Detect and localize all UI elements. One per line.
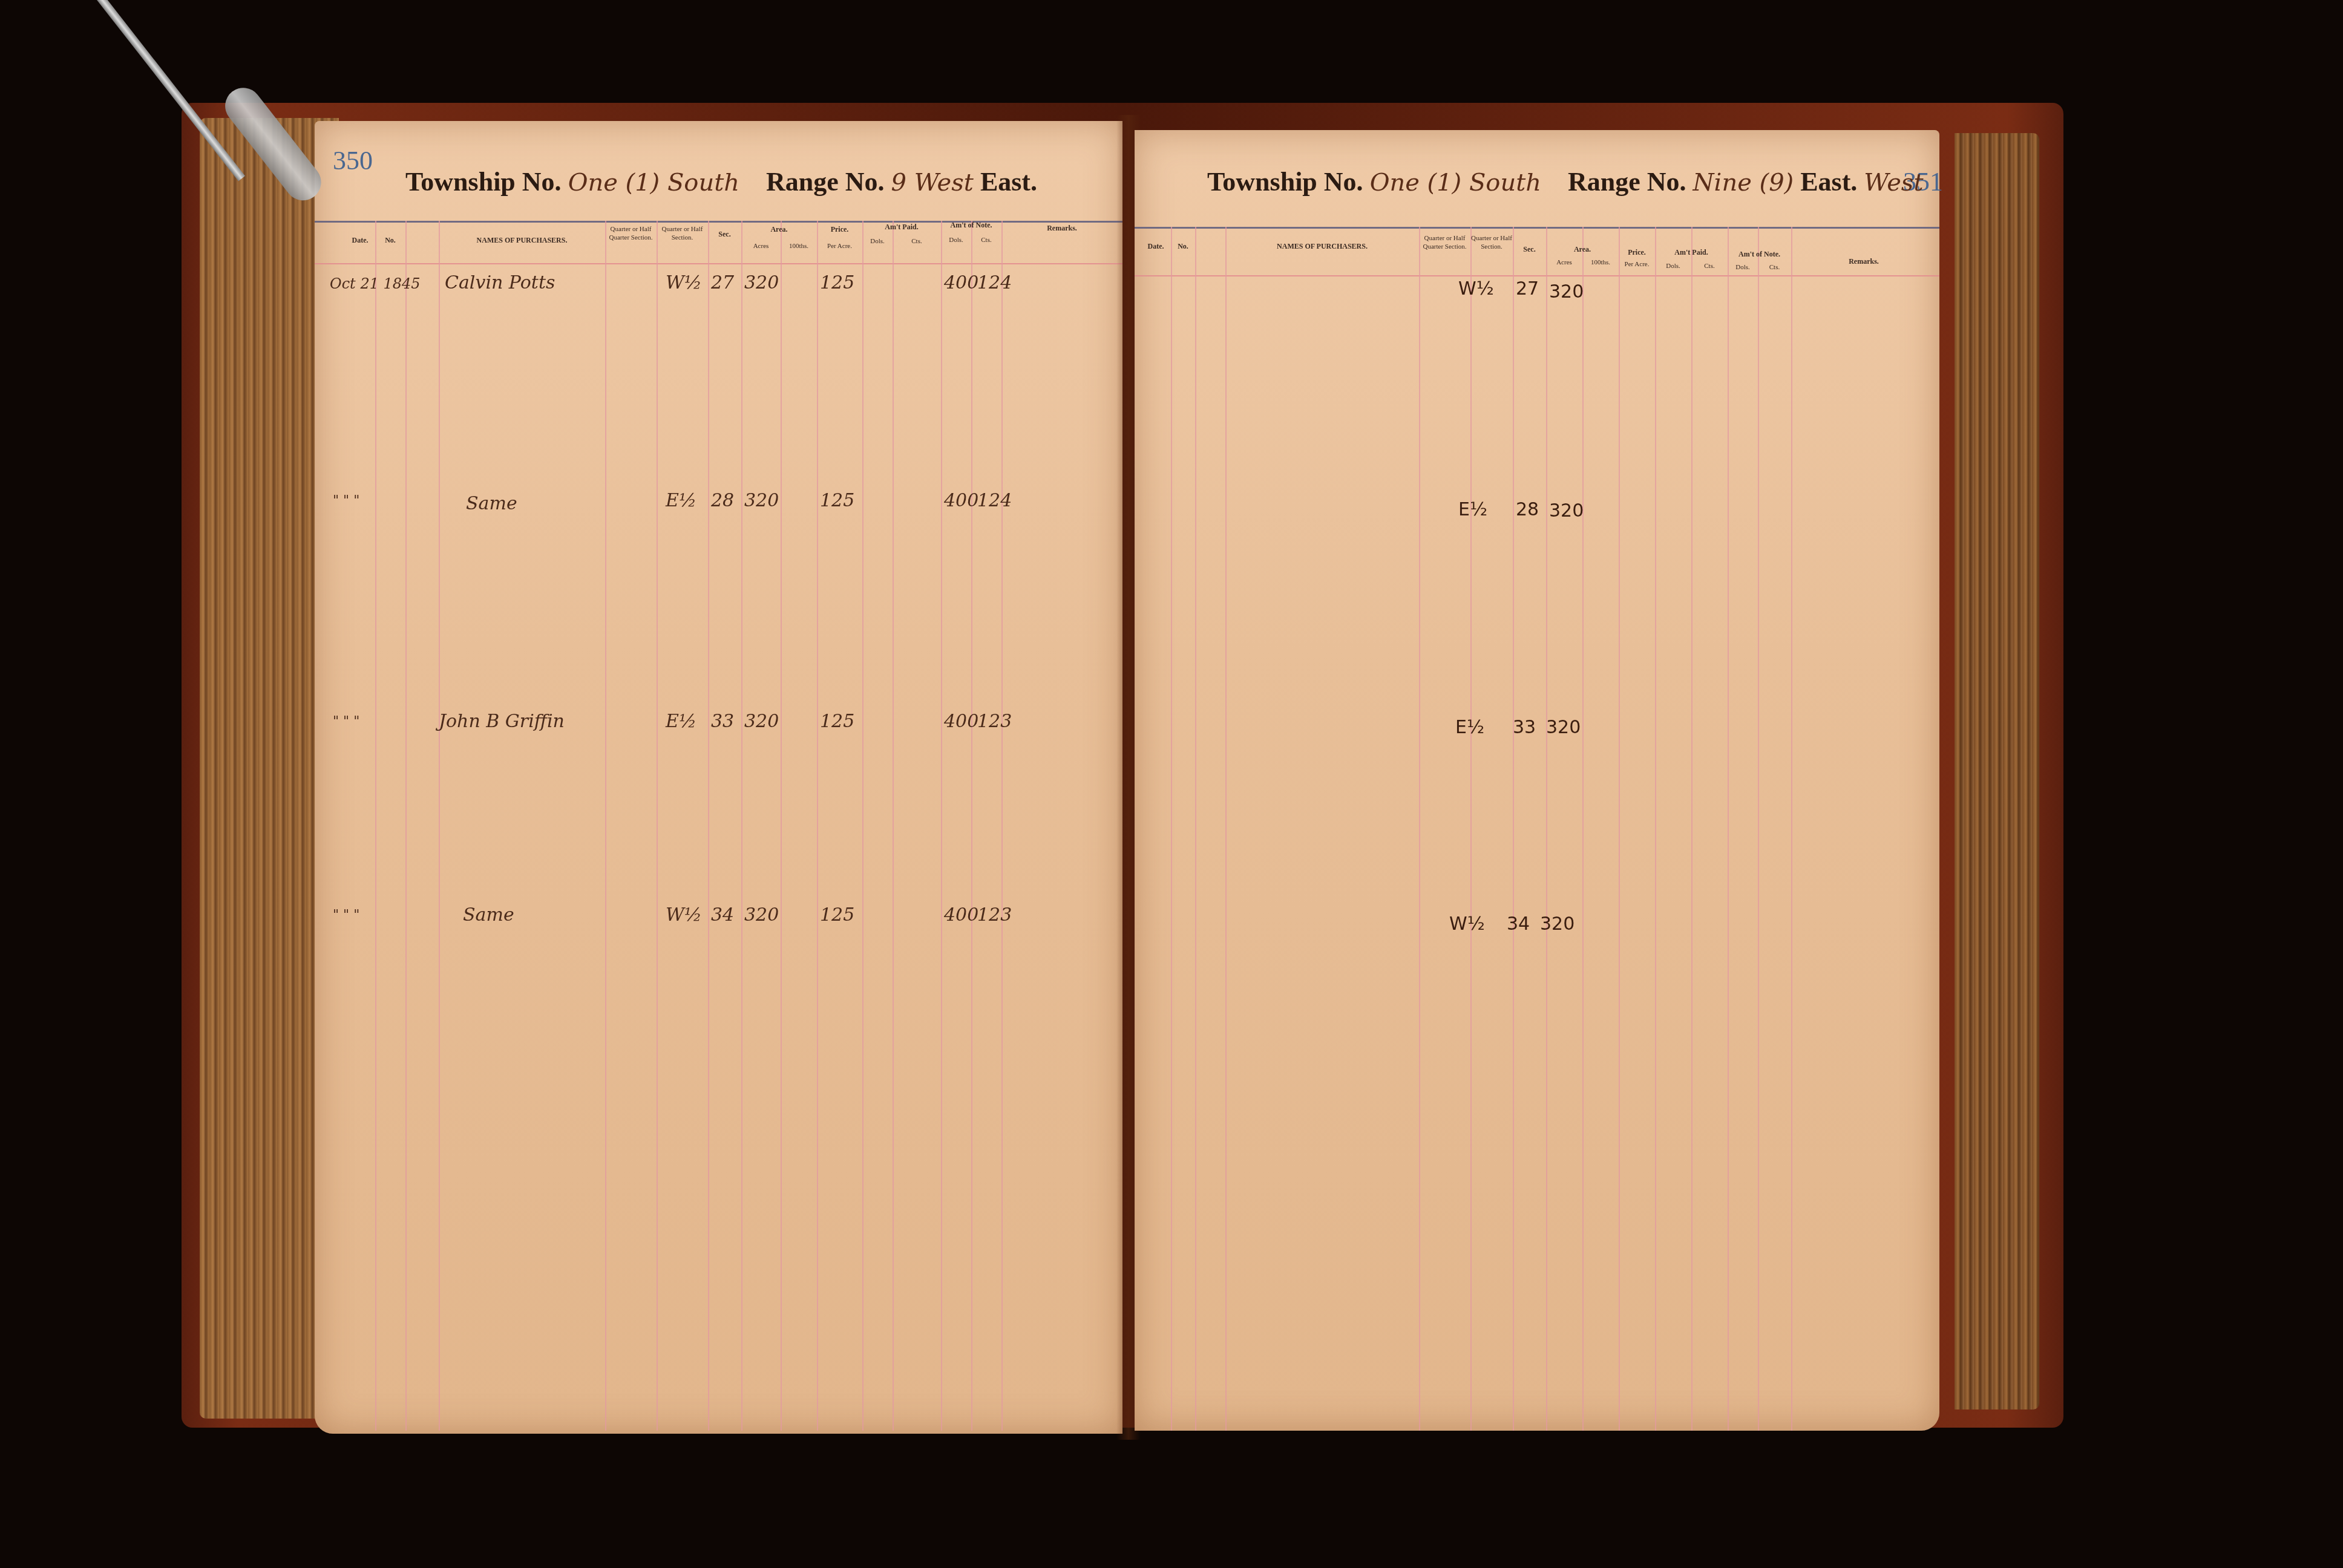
entry-name: Same	[466, 493, 517, 514]
column-line	[1546, 227, 1547, 1431]
col-names: NAMES OF PURCHASERS.	[1225, 242, 1419, 250]
entry-section-part: E½	[666, 711, 696, 732]
entry-name: Calvin Potts	[445, 272, 555, 293]
entry-acres: 320	[744, 490, 779, 511]
direction-label: East.	[980, 167, 1037, 197]
col-price: Price.	[817, 225, 862, 234]
township-label: Township No.	[1207, 167, 1363, 197]
col-area-acres: Acres	[741, 242, 781, 250]
township-value: One (1) South	[568, 169, 739, 197]
entry-acres: 320	[744, 904, 779, 926]
column-line	[817, 221, 818, 1431]
entry-acres: 320	[1549, 500, 1584, 521]
col-note-cts: Cts.	[1758, 263, 1791, 272]
column-line	[605, 221, 606, 1431]
col-paid-cts: Cts.	[1691, 262, 1728, 270]
col-area-100ths: 100ths.	[1582, 258, 1619, 267]
page-edges-right	[1955, 133, 2039, 1410]
col-date: Date.	[345, 236, 375, 244]
entry-section-part: E½	[666, 490, 696, 511]
col-note-dols: Dols.	[941, 236, 971, 244]
column-line	[1470, 227, 1472, 1431]
entry-note: 124	[977, 272, 1012, 293]
col-paid-dols: Dols.	[862, 237, 893, 246]
col-remarks: Remarks.	[1791, 257, 1936, 266]
col-paid-cts: Cts.	[893, 237, 941, 246]
col-price-per-acre: Per Acre.	[817, 242, 862, 250]
entry-date: Oct 21 1845	[330, 275, 421, 292]
entry-name: Same	[463, 904, 514, 926]
col-note-dols: Dols.	[1728, 263, 1758, 272]
entry-sec: 27	[711, 272, 734, 293]
range-value: Nine (9)	[1693, 169, 1794, 197]
col-price: Price.	[1619, 248, 1655, 256]
entry-sec: 28	[711, 490, 734, 511]
column-line	[1728, 227, 1729, 1431]
col-area: Area.	[1546, 245, 1619, 253]
range-label: Range No.	[766, 167, 885, 197]
entry-note: 124	[977, 490, 1012, 511]
col-qhq: Quarter or Half Quarter Section.	[605, 225, 657, 242]
entry-section-part: W½	[666, 904, 702, 926]
entry-section-part: E½	[1458, 499, 1487, 520]
col-note: Am't of Note.	[1728, 250, 1791, 258]
entry-price: 125	[820, 272, 854, 293]
range-label: Range No.	[1568, 167, 1686, 197]
entry-acres: 320	[744, 272, 779, 293]
entry-date: " " "	[333, 493, 359, 508]
column-line	[1691, 227, 1693, 1431]
entry-acres: 320	[1540, 913, 1575, 935]
column-line	[375, 221, 376, 1431]
col-paid: Am't Paid.	[862, 223, 941, 231]
entry-sec: 33	[711, 711, 734, 732]
col-no: No.	[1171, 242, 1195, 250]
column-line	[862, 221, 863, 1431]
right-page: 351 Township No. One (1) South Range No.…	[1135, 130, 1939, 1431]
entry-note: 123	[977, 711, 1012, 732]
column-line	[1619, 227, 1620, 1431]
column-line	[1582, 227, 1584, 1431]
entry-paid: 400	[944, 711, 978, 732]
township-label: Township No.	[405, 167, 562, 197]
col-note: Am't of Note.	[941, 221, 1001, 229]
entry-section-part: W½	[666, 272, 702, 293]
entry-section-part: W½	[1449, 913, 1485, 935]
column-line	[1655, 227, 1656, 1431]
col-paid: Am't Paid.	[1655, 248, 1728, 256]
entry-sec: 28	[1516, 499, 1539, 520]
entry-price: 125	[820, 904, 854, 926]
direction-label: East.	[1800, 167, 1857, 197]
col-price-per-acre: Per Acre.	[1619, 260, 1655, 269]
entry-price: 125	[820, 711, 854, 732]
page-number: 350	[333, 145, 373, 176]
column-line	[439, 221, 440, 1431]
col-area: Area.	[741, 225, 817, 234]
col-no: No.	[375, 236, 405, 244]
col-names: NAMES OF PURCHASERS.	[439, 236, 605, 244]
entry-date: " " "	[333, 907, 359, 923]
left-page: 350 Township No. One (1) South Range No.…	[315, 121, 1122, 1434]
column-line	[1225, 227, 1227, 1431]
col-date: Date.	[1141, 242, 1171, 250]
header-bottom-rule	[1135, 275, 1939, 276]
entry-acres: 320	[1549, 281, 1584, 302]
col-area-100ths: 100ths.	[781, 242, 817, 250]
entry-name: John B Griffin	[439, 711, 565, 732]
column-line	[405, 221, 407, 1431]
page-heading: Township No. One (1) South Range No. 9 W…	[405, 166, 1037, 197]
column-line	[1171, 227, 1172, 1431]
direction-correction: West	[1864, 169, 1923, 197]
entry-acres: 320	[744, 711, 779, 732]
entry-price: 125	[820, 490, 854, 511]
column-line	[941, 221, 942, 1431]
column-line	[1419, 227, 1420, 1431]
column-line	[971, 221, 972, 1431]
entry-section-part: E½	[1455, 717, 1484, 738]
entry-sec: 27	[1516, 278, 1539, 299]
column-line	[893, 221, 894, 1431]
entry-sec: 33	[1513, 717, 1536, 738]
entry-acres: 320	[1546, 717, 1581, 738]
entry-paid: 400	[944, 272, 978, 293]
entry-date: " " "	[333, 714, 359, 729]
col-sec: Sec.	[708, 230, 741, 238]
col-note-cts: Cts.	[971, 236, 1001, 244]
column-line	[741, 221, 742, 1431]
column-line	[1791, 227, 1792, 1431]
col-area-acres: Acres	[1546, 258, 1582, 267]
column-line	[1513, 227, 1514, 1431]
column-line	[1195, 227, 1196, 1431]
col-qh: Quarter or Half Section.	[1470, 234, 1513, 251]
col-paid-dols: Dols.	[1655, 262, 1691, 270]
range-value: 9 West	[891, 169, 974, 197]
col-qh: Quarter or Half Section.	[657, 225, 708, 242]
entry-section-part: W½	[1458, 278, 1494, 299]
entry-note: 123	[977, 904, 1012, 926]
header-rule	[1135, 227, 1939, 229]
column-line	[781, 221, 782, 1431]
col-remarks: Remarks.	[1001, 224, 1122, 232]
entry-sec: 34	[1507, 913, 1530, 935]
entry-paid: 400	[944, 904, 978, 926]
col-qhq: Quarter or Half Quarter Section.	[1419, 234, 1470, 251]
township-value: One (1) South	[1370, 169, 1541, 197]
column-line	[1758, 227, 1759, 1431]
entry-paid: 400	[944, 490, 978, 511]
entry-sec: 34	[711, 904, 734, 926]
spatula-handle	[97, 0, 245, 181]
column-line	[708, 221, 709, 1431]
column-line	[1001, 221, 1003, 1431]
page-heading: Township No. One (1) South Range No. Nin…	[1207, 166, 1923, 197]
column-line	[657, 221, 658, 1431]
col-sec: Sec.	[1513, 245, 1546, 253]
